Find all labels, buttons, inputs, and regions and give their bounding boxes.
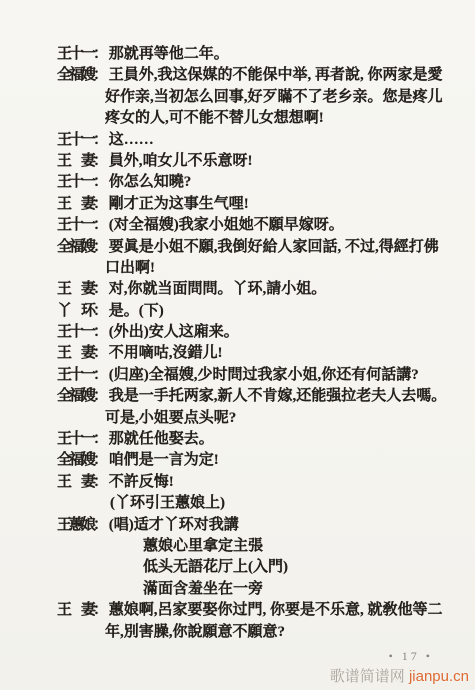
speaker-name: 王蕙娘： [57, 515, 105, 536]
script-page: 王十一： 那就再等他二年。 全福嫂： 王員外,我这保媒的不能保中举, 再者說, … [0, 0, 475, 690]
line-text: 年,別害臊,你說願意不願意? [105, 624, 285, 640]
script-line-continuation: 可是,小姐要点头呢? [57, 408, 452, 429]
script-line-continuation: 年,別害臊,你說願意不願意? [57, 622, 452, 643]
script-line-dialogue: 王十一： (外出)安人这廂来。 [57, 322, 452, 343]
line-text: (对全福嫂)我家小姐她不願早嫁呀。 [109, 217, 344, 233]
line-text: 低头无語花厅上(入門) [143, 559, 288, 575]
script-line-dialogue: 王十一： 那就任他娶去。 [57, 429, 452, 450]
line-text: 王員外,我这保媒的不能保中举, 再者說, 你两家是愛 [109, 67, 443, 83]
script-line-dialogue: 王蕙娘： (唱)适才丫环对我講 [57, 515, 452, 536]
speaker-name: 王十一： [57, 365, 105, 386]
line-text: 我是一手托两家,新人不肯嫁,还能强拉老夫人去嗎。 [109, 388, 447, 404]
line-text: 不許反悔! [109, 474, 174, 490]
line-text: 滿面含羞坐在一旁 [143, 581, 263, 597]
speaker-name: 王十一： [57, 322, 105, 343]
line-text: 你怎么知曉? [109, 174, 192, 190]
speaker-name: 王 妻： [57, 600, 105, 621]
script-line-dialogue: 王 妻： 剛才正为这事生气哩! [57, 194, 452, 215]
script-line-stage: (丫环引王蕙娘上) [57, 493, 452, 514]
line-text: 蕙娘心里拿定主張 [143, 538, 263, 554]
line-text: 疼女的人,可不能不替儿女想想啊! [105, 110, 324, 126]
script-line-dialogue: 王十一： (归座)全福嫂,少时問过我家小姐,你还有何話講? [57, 365, 452, 386]
script-line-dialogue: 王十一： (对全福嫂)我家小姐她不願早嫁呀。 [57, 215, 452, 236]
script-line-dialogue: 王十一： 那就再等他二年。 [57, 44, 452, 65]
script-line-dialogue: 王 妻： 对,你就当面問問。丫环,請小姐。 [57, 279, 452, 300]
line-text: 蕙娘啊,呂家要娶你过門, 你要是不乐意, 就敎他等二 [109, 602, 443, 618]
speaker-name: 全福嫂： [57, 237, 105, 258]
script-line-dialogue: 全福嫂： 我是一手托两家,新人不肯嫁,还能强拉老夫人去嗎。 [57, 386, 452, 407]
speaker-name: 全福嫂： [57, 450, 105, 471]
script-line-dialogue: 全福嫂： 要眞是小姐不願,我倒好給人家回話, 不过,得經打佛 [57, 237, 452, 258]
speaker-name: 王十一： [57, 172, 105, 193]
line-text: (归座)全福嫂,少时問过我家小姐,你还有何話講? [109, 367, 419, 383]
line-text: 是。(下) [109, 303, 164, 319]
line-text: 好作亲,当初怎么回事,好歹瞞不了老乡亲。您是疼儿 [105, 89, 443, 105]
speaker-name: 王 妻： [57, 279, 105, 300]
script-line-dialogue: 全福嫂： 咱們是一言为定! [57, 450, 452, 471]
speaker-name: 王十一： [57, 215, 105, 236]
speaker-name: 王 妻： [57, 343, 105, 364]
line-text: 剛才正为这事生气哩! [109, 196, 249, 212]
script-line-verse: 滿面含羞坐在一旁 [57, 579, 452, 600]
speaker-name: 全福嫂： [57, 386, 105, 407]
script-line-dialogue: 王 妻： 不許反悔! [57, 472, 452, 493]
script-text-block: 王十一： 那就再等他二年。 全福嫂： 王員外,我这保媒的不能保中举, 再者說, … [57, 44, 452, 643]
script-line-dialogue: 王 妻： 蕙娘啊,呂家要娶你过門, 你要是不乐意, 就敎他等二 [57, 600, 452, 621]
line-text: (丫环引王蕙娘上) [110, 495, 225, 511]
watermark: 歌谱简谱网 jianpu.cn [330, 665, 469, 686]
script-line-dialogue: 王 妻： 不用嘀咕,沒錯儿! [57, 343, 452, 364]
script-line-continuation: 口出啊! [57, 258, 452, 279]
line-text: 口出啊! [105, 260, 155, 276]
line-text: 那就任他娶去。 [109, 431, 214, 447]
line-text: (外出)安人这廂来。 [109, 324, 239, 340]
watermark-domain-link[interactable]: jianpu.cn [409, 668, 469, 685]
speaker-name: 王十一： [57, 130, 105, 151]
line-text: 那就再等他二年。 [109, 46, 229, 62]
watermark-site-name: 歌谱简谱网 [330, 668, 409, 685]
script-line-dialogue: 全福嫂： 王員外,我这保媒的不能保中举, 再者說, 你两家是愛 [57, 65, 452, 86]
speaker-name: 王 妻： [57, 194, 105, 215]
speaker-name: 王 妻： [57, 151, 105, 172]
speaker-name: 全福嫂： [57, 65, 105, 86]
speaker-name: 王十一： [57, 429, 105, 450]
line-text: 咱們是一言为定! [109, 452, 219, 468]
speaker-name: 王 妻： [57, 472, 105, 493]
script-line-continuation: 疼女的人,可不能不替儿女想想啊! [57, 108, 452, 129]
script-line-dialogue: 王 妻： 員外,咱女儿不乐意呀! [57, 151, 452, 172]
speaker-name: 王十一： [57, 44, 105, 65]
line-text: (唱)适才丫环对我講 [109, 517, 239, 533]
line-text: 員外,咱女儿不乐意呀! [109, 153, 253, 169]
speaker-name: 丫 环： [57, 301, 105, 322]
script-line-continuation: 好作亲,当初怎么回事,好歹瞞不了老乡亲。您是疼儿 [57, 87, 452, 108]
script-line-verse: 低头无語花厅上(入門) [57, 557, 452, 578]
script-line-dialogue: 丫 环： 是。(下) [57, 301, 452, 322]
line-text: 这…… [109, 132, 154, 148]
script-line-verse: 蕙娘心里拿定主張 [57, 536, 452, 557]
line-text: 可是,小姐要点头呢? [105, 410, 236, 426]
script-line-dialogue: 王十一： 这…… [57, 130, 452, 151]
line-text: 要眞是小姐不願,我倒好給人家回話, 不过,得經打佛 [109, 239, 439, 255]
page-number: • 17 • [389, 649, 433, 664]
script-line-dialogue: 王十一： 你怎么知曉? [57, 172, 452, 193]
line-text: 不用嘀咕,沒錯儿! [109, 345, 223, 361]
line-text: 对,你就当面問問。丫环,請小姐。 [109, 281, 327, 297]
